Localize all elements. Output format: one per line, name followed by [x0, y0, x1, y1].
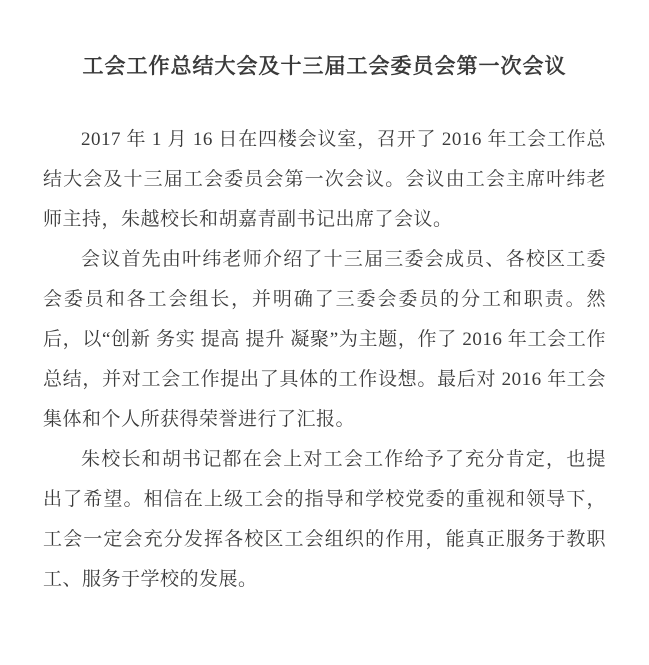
document-page: 工会工作总结大会及十三届工会委员会第一次会议 2017 年 1 月 16 日在四… — [0, 0, 649, 665]
paragraph-meeting-content: 会议首先由叶纬老师介绍了十三届三委会成员、各校区工委会委员和各工会组长，并明确了… — [43, 240, 606, 440]
paragraph-leaders-remarks: 朱校长和胡书记都在会上对工会工作给予了充分肯定，也提出了希望。相信在上级工会的指… — [43, 440, 606, 600]
document-title: 工会工作总结大会及十三届工会委员会第一次会议 — [43, 52, 606, 80]
paragraph-meeting-opening: 2017 年 1 月 16 日在四楼会议室，召开了 2016 年工会工作总结大会… — [43, 120, 606, 240]
